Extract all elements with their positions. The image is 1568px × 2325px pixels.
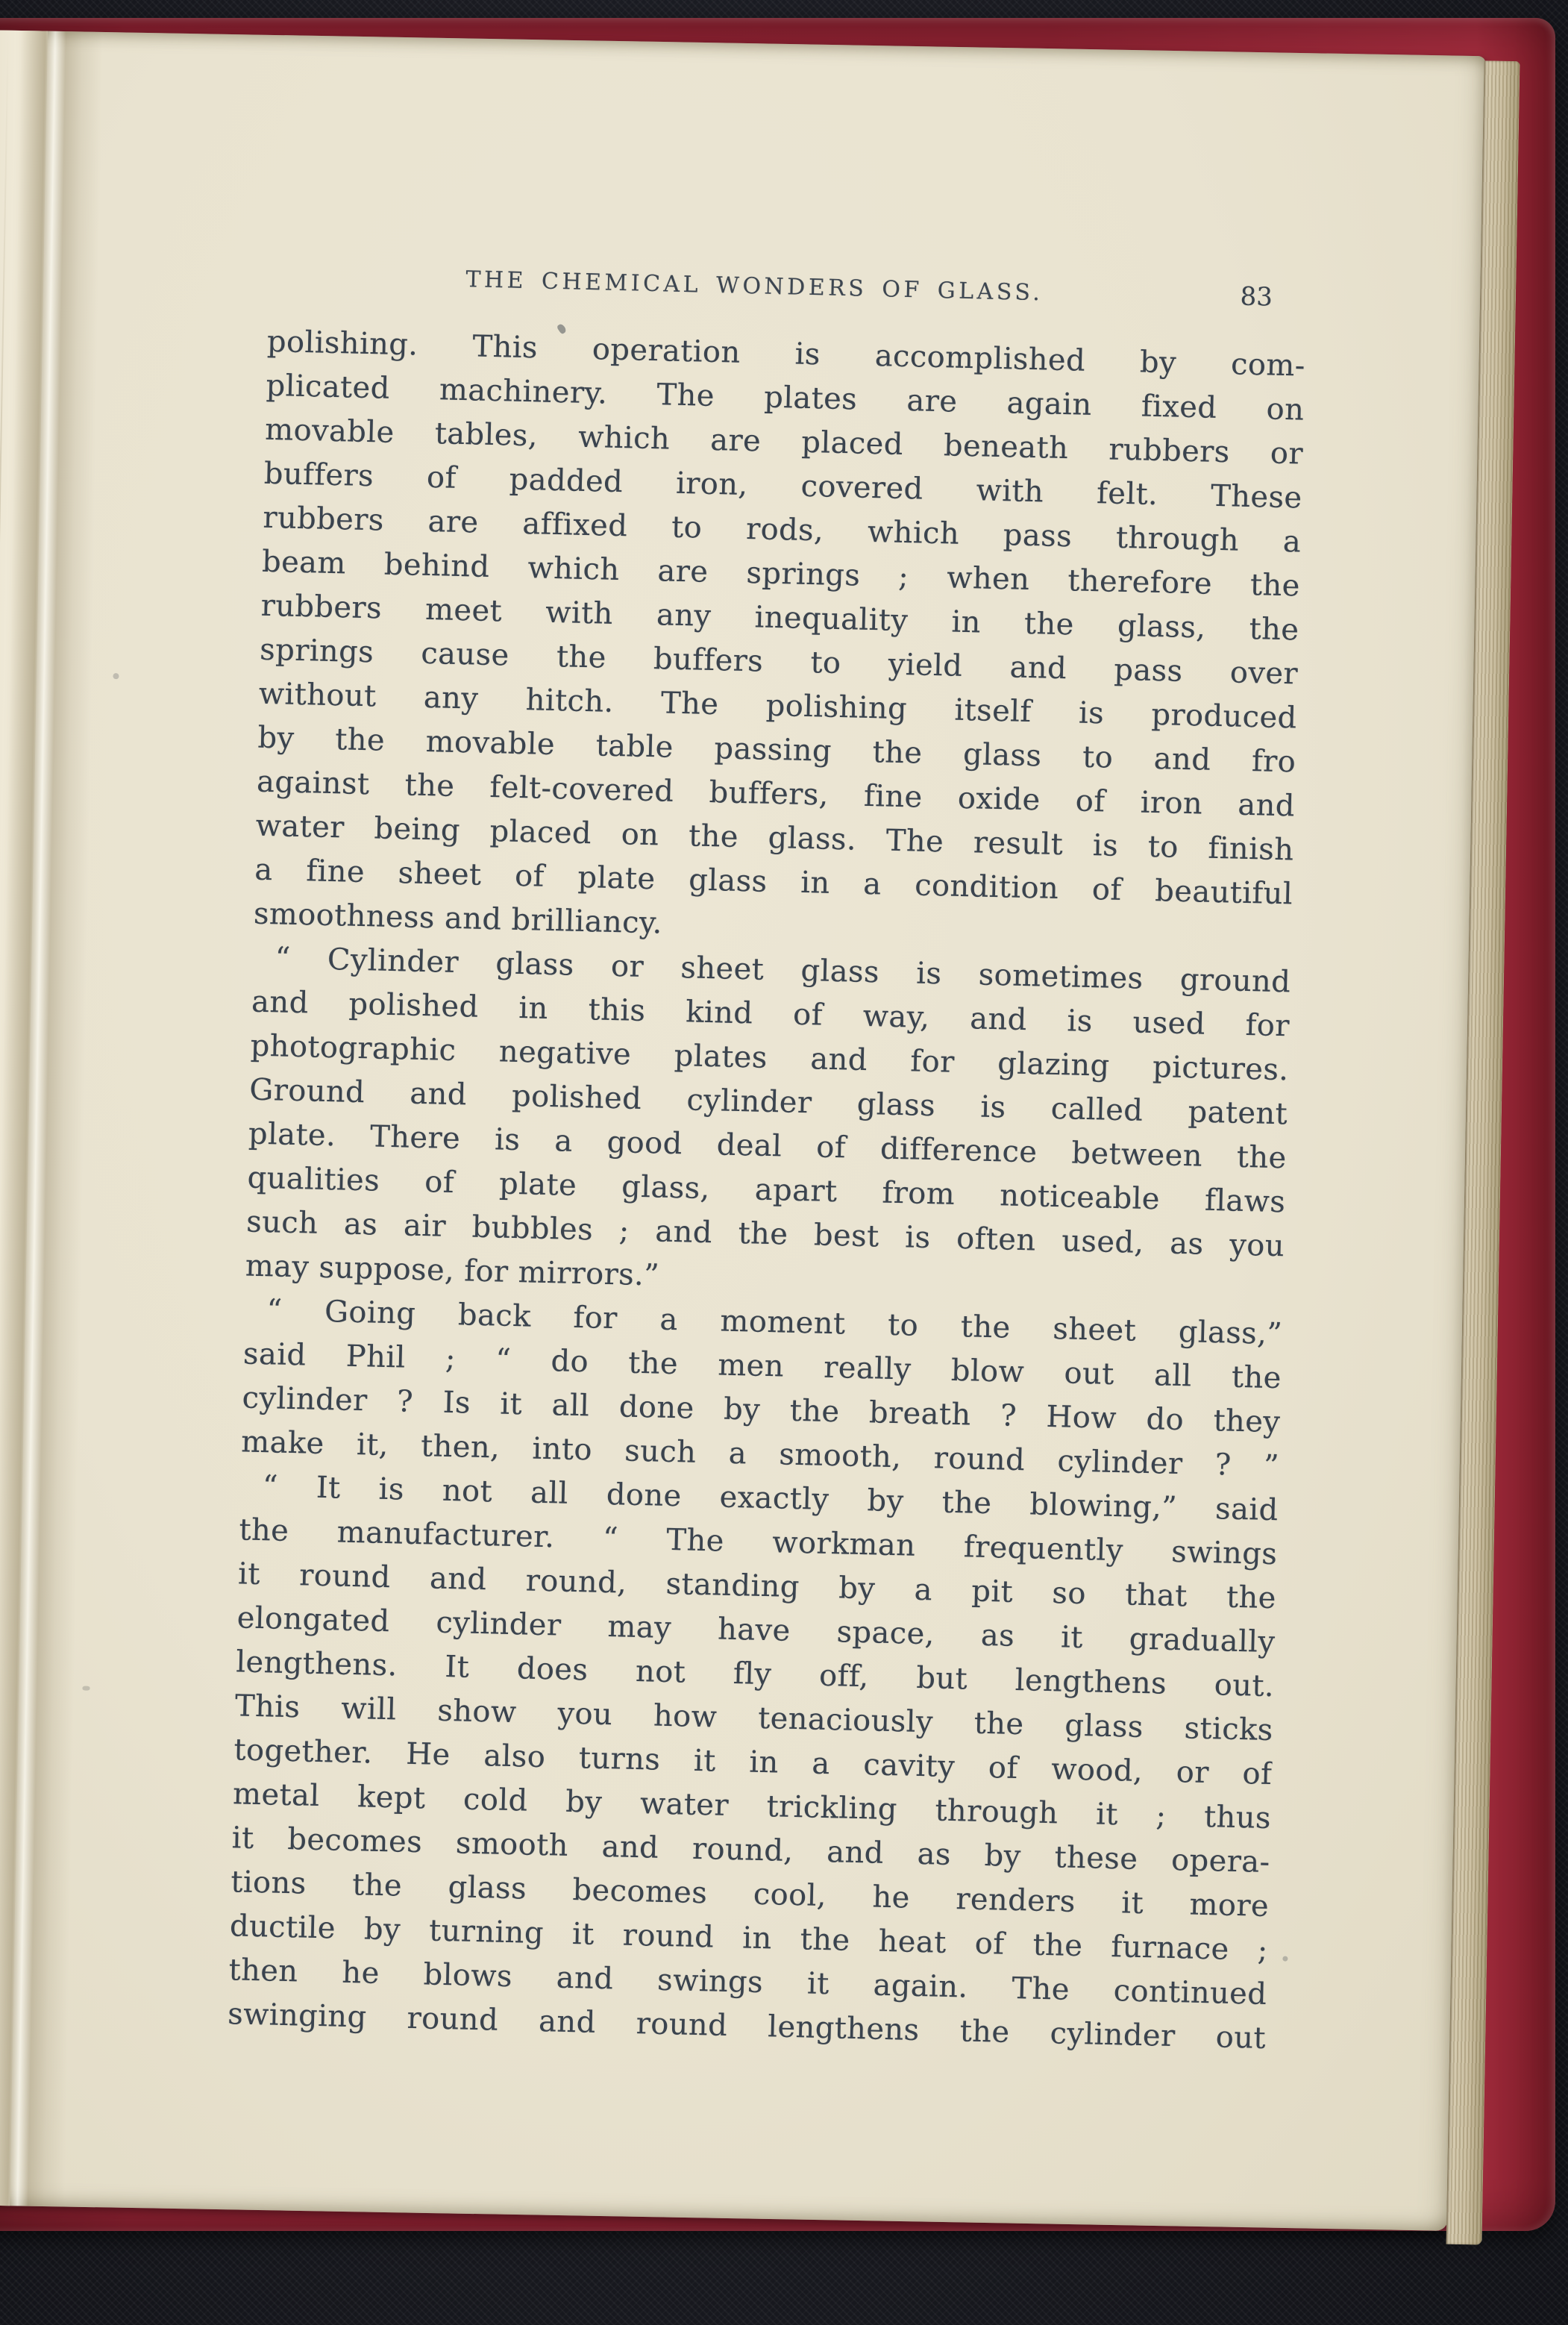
paragraph: “ It is not all done exactly by the blow… bbox=[228, 1464, 1279, 2061]
printed-text-column: THE CHEMICAL WONDERS OF GLASS. 83 polish… bbox=[228, 259, 1308, 2061]
running-title: THE CHEMICAL WONDERS OF GLASS. bbox=[269, 262, 1241, 311]
paragraph: polishing. This operation is accomplishe… bbox=[253, 320, 1305, 961]
paper-speck bbox=[82, 1686, 90, 1691]
paragraph: “ Going back for a moment to the sheet g… bbox=[241, 1288, 1283, 1489]
book-page: THE CHEMICAL WONDERS OF GLASS. 83 polish… bbox=[0, 30, 1486, 2231]
paper-speck bbox=[113, 673, 119, 679]
book-photo-scene: THE CHEMICAL WONDERS OF GLASS. 83 polish… bbox=[0, 0, 1568, 2325]
running-header: THE CHEMICAL WONDERS OF GLASS. 83 bbox=[269, 259, 1308, 318]
page-number: 83 bbox=[1240, 282, 1307, 313]
body-text: polishing. This operation is accomplishe… bbox=[228, 320, 1306, 2061]
gutter-crease bbox=[0, 31, 103, 2206]
stray-dot bbox=[1282, 1956, 1288, 1962]
paragraph: “ Cylinder glass or sheet glass is somet… bbox=[245, 936, 1291, 1313]
